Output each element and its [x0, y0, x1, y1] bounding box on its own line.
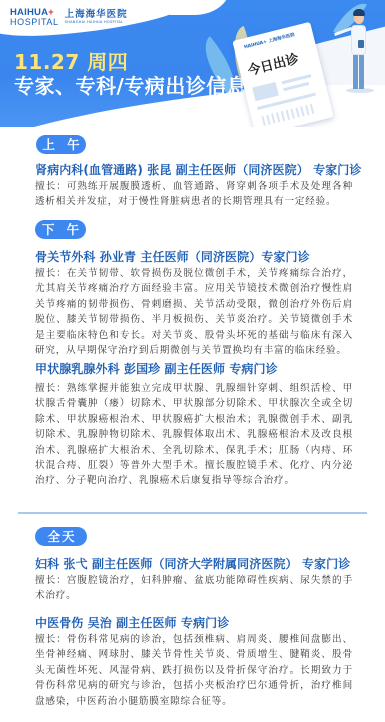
section-badge-afternoon: 下 午	[35, 220, 86, 239]
doctor-description: 擅长：宫腹腔镜治疗，妇科肿瘤、盆底功能障碍性疾病、尿失禁的手术治疗。	[35, 573, 353, 604]
paper-image-placeholder	[252, 82, 279, 101]
doctor-title: 肾病内科(血管通路) 张昆 副主任医师（同济医院） 专家门诊	[35, 161, 362, 178]
doctor-title: 中医骨伤 吴治 副主任医师 专病门诊	[35, 614, 229, 631]
doctor-description: 擅长：可熟练开展腹膜透析、血管通路、肾穿刺各项手术及处理各种透析相关并发症，对于…	[35, 179, 353, 210]
doctor-illustration-icon	[346, 8, 376, 98]
section-badge-morning: 上 午	[36, 135, 86, 154]
hospital-logo: HAIHUA+ HOSPITAL 上海海华医院 SHANGHAI HAIHUA …	[10, 8, 128, 27]
doctor-description: 擅长：骨伤科常见病的诊治，包括颈椎病、肩周炎、腰椎间盘膨出、坐骨神经痛、网球肘、…	[35, 632, 353, 709]
paper-line	[283, 82, 309, 91]
doctor-title: 甲状腺乳腺外科 彭国珍 副主任医师 专病门诊	[35, 360, 278, 377]
header-banner: HAIHUA+ HOSPITAL 上海海华医院 SHANGHAI HAIHUA …	[0, 0, 385, 127]
doctor-description: 擅长：熟练掌握并能独立完成甲状腺、乳腺细针穿刺、组织活检、甲状腺舌骨囊肿（瘘）切…	[35, 381, 353, 489]
doctor-description: 擅长：在关节韧带、软骨损伤及脱位微创手术，关节疼痛综合治疗，尤其肩关节疼痛治疗方…	[35, 266, 353, 358]
logo-cn-name: 上海海华医院	[65, 10, 128, 20]
paper-title: 今日出诊	[245, 48, 300, 79]
section-divider	[18, 512, 367, 514]
banner-title: 专家、专科/专病出诊信息	[14, 70, 247, 99]
doctor-title: 妇科 张弋 副主任医师（同济大学附属同济医院） 专家门诊	[35, 555, 350, 572]
logo-en-line2: HOSPITAL	[10, 18, 59, 27]
section-badge-all-day: 全天	[35, 527, 87, 546]
logo-cn-sub: SHANGHAI HAIHUA HOSPITAL	[65, 21, 128, 25]
doctor-title: 骨关节外科 孙业青 主任医师（同济医院）专家门诊	[35, 248, 310, 265]
